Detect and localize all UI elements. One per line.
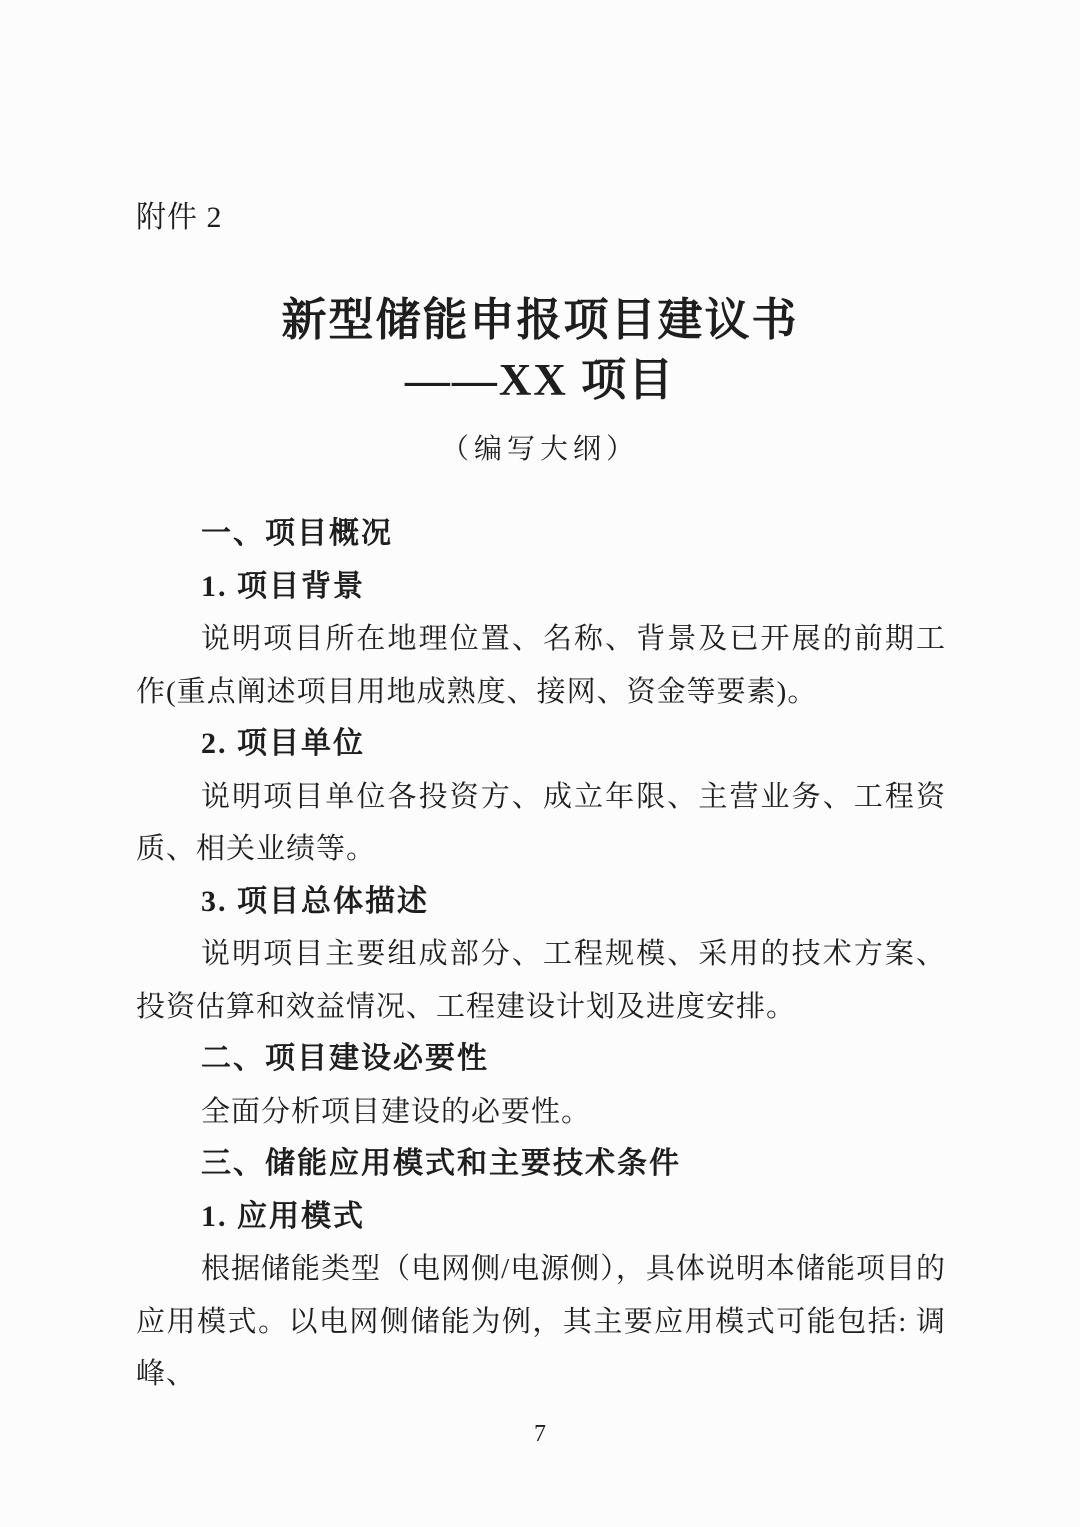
paragraph-application-mode: 根据储能类型（电网侧/电源侧），具体说明本储能项目的应用模式。以电网侧储能为例，… xyxy=(136,1243,946,1401)
document-title-line1: 新型储能申报项目建议书 xyxy=(0,290,1080,350)
title-block: 新型储能申报项目建议书 ——XX 项目 （编写大纲） xyxy=(0,290,1080,468)
paragraph-project-background: 说明项目所在地理位置、名称、背景及已开展的前期工作(重点阐述项目用地成熟度、接网… xyxy=(136,613,946,718)
subsection-heading-1-3: 3. 项目总体描述 xyxy=(136,876,946,929)
subsection-heading-1-2: 2. 项目单位 xyxy=(136,718,946,771)
paragraph-project-unit: 说明项目单位各投资方、成立年限、主营业务、工程资质、相关业绩等。 xyxy=(136,771,946,876)
document-body: 一、项目概况 1. 项目背景 说明项目所在地理位置、名称、背景及已开展的前期工作… xyxy=(136,508,946,1401)
paragraph-necessity: 全面分析项目建设的必要性。 xyxy=(136,1086,946,1139)
attachment-label: 附件 2 xyxy=(136,198,223,238)
section-heading-1: 一、项目概况 xyxy=(136,508,946,561)
page-number: 7 xyxy=(0,1419,1080,1449)
paragraph-project-overview: 说明项目主要组成部分、工程规模、采用的技术方案、投资估算和效益情况、工程建设计划… xyxy=(136,928,946,1033)
subsection-heading-3-1: 1. 应用模式 xyxy=(136,1191,946,1244)
section-heading-3: 三、储能应用模式和主要技术条件 xyxy=(136,1138,946,1191)
document-title-line2: ——XX 项目 xyxy=(0,350,1080,410)
document-page: 附件 2 新型储能申报项目建议书 ——XX 项目 （编写大纲） 一、项目概况 1… xyxy=(0,0,1080,1527)
section-heading-2: 二、项目建设必要性 xyxy=(136,1033,946,1086)
subsection-heading-1-1: 1. 项目背景 xyxy=(136,561,946,614)
document-subtitle: （编写大纲） xyxy=(0,432,1080,468)
